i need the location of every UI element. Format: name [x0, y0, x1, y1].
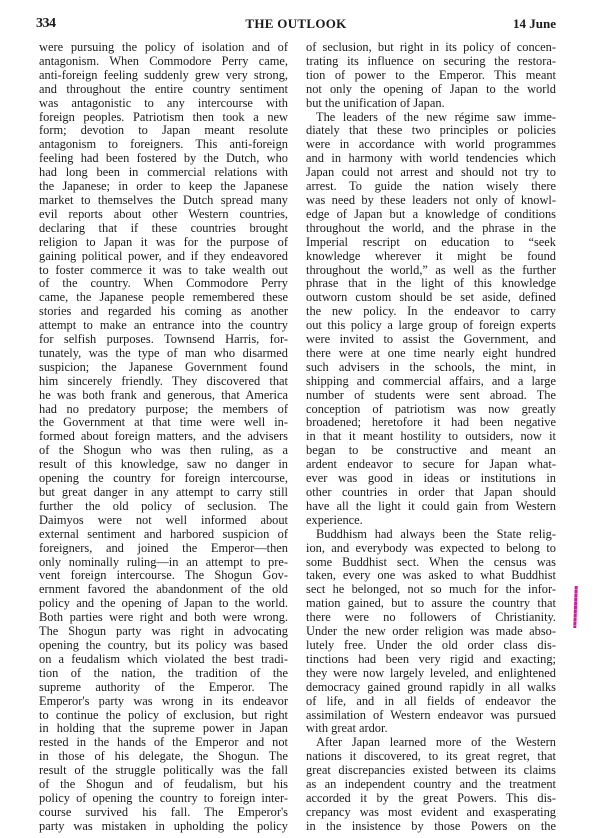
text-line: of the country. When Commodore Perry: [39, 277, 288, 291]
text-line: ernment favored the abandonment of the o…: [39, 583, 288, 597]
text-line: there were no followers of Christianity.: [306, 611, 556, 625]
text-line: lutely free. Under the old order class d…: [306, 639, 556, 653]
text-line: vent foreign intercourse. The Shogun Gov…: [39, 569, 288, 583]
text-line: further the old policy of seclusion. The: [39, 500, 288, 514]
text-line: other countries in order that Japan shou…: [306, 486, 556, 500]
text-line: foreigners, and joined the Emperor—then: [39, 542, 288, 556]
text-line: policy of opening the country to foreign…: [39, 792, 288, 806]
text-line: arrest. To guide the nation wisely there: [306, 180, 556, 194]
text-line: there were at one time nearly eight hund…: [306, 347, 556, 361]
text-line: they were now largely leveled, and enlig…: [306, 667, 556, 681]
text-line: for selfish purposes. Townsend Harris, f…: [39, 333, 288, 347]
text-line: knowledge wherever it might be found: [306, 250, 556, 264]
text-line: and in harmony with world tendencies whi…: [306, 152, 556, 166]
text-line: rested in the hands of the Emperor and n…: [39, 736, 288, 750]
text-line: tion of the nation, the tradition of the: [39, 667, 288, 681]
text-line: declaring that if these countries brough…: [39, 222, 288, 236]
text-line: ardent endeavor to secure for Japan what…: [306, 458, 556, 472]
text-line: anti-foreign feeling suddenly grew very …: [39, 69, 288, 83]
text-line: assimilation of Western endeavor was pur…: [306, 709, 556, 723]
text-line: broadened; heretofore it had been negati…: [306, 416, 556, 430]
text-line: result of the struggle politically was t…: [39, 764, 288, 778]
text-line: course survived his fall. The Emperor's: [39, 806, 288, 820]
issue-date: 14 June: [513, 16, 556, 32]
text-line: market to themselves the Dutch spread ma…: [39, 194, 288, 208]
text-line: mation gained, but to assure the country…: [306, 597, 556, 611]
text-line: Imperial rescript on education to “seek: [306, 236, 556, 250]
text-line: as an independent country and the treatm…: [306, 778, 556, 792]
text-line: out this policy a large group of foreign…: [306, 319, 556, 333]
text-line: in those of his delegate, the Shogun. Th…: [39, 750, 288, 764]
text-line: shipping and commercial affairs, and a l…: [306, 375, 556, 389]
text-line: form; devotion to Japan meant resolute: [39, 124, 288, 138]
text-line: he was both frank and generous, that Ame…: [39, 389, 288, 403]
text-line: throughout the world, and the phrase in …: [306, 222, 556, 236]
text-line: After Japan learned more of the Western: [306, 736, 556, 750]
text-line: in that it meant hostility to outsiders,…: [306, 430, 556, 444]
text-line: tunately, was the type of man who disarm…: [39, 347, 288, 361]
text-line: supreme authority of the Emperor. The: [39, 681, 288, 695]
text-line: Buddhism had always been the State relig…: [306, 528, 556, 542]
text-line: only nominally ruling—in an attempt to p…: [39, 556, 288, 570]
text-line: were invited to assist the Government, a…: [306, 333, 556, 347]
text-line: had long been in commercial relations wi…: [39, 166, 288, 180]
text-line: ion, and everybody was expected to belon…: [306, 542, 556, 556]
text-line: antagonism to foreigners. This anti-fore…: [39, 138, 288, 152]
text-line: to foster commerce it was to take wealth…: [39, 264, 288, 278]
text-line: such advisers in the schools, the mint, …: [306, 361, 556, 375]
text-line: tinctions had been very rigid and exacti…: [306, 653, 556, 667]
text-line: phrase that in the light of this knowled…: [306, 277, 556, 291]
text-line: were in accordance with world programmes: [306, 138, 556, 152]
text-line: of seclusion, but right in its policy of…: [306, 41, 556, 55]
text-line: democracy gained ground rapidly in all w…: [306, 681, 556, 695]
text-line: accorded it by the great Powers. This di…: [306, 792, 556, 806]
text-line: some Buddhist sect. When the census was: [306, 556, 556, 570]
left-column: were pursuing the policy of isolation an…: [39, 41, 288, 834]
text-line: was antagonistic to any intercourse with: [39, 97, 288, 111]
publication-title: THE OUTLOOK: [36, 16, 556, 32]
text-line: formed about foreign matters, and the ad…: [39, 430, 288, 444]
text-line: came, the Japanese people remembered the…: [39, 291, 288, 305]
text-line: of life, and in all fields of endeavor t…: [306, 695, 556, 709]
text-line: to continue the policy of exclusion, but…: [39, 709, 288, 723]
text-line: of the Shogun who was then ruling, as a: [39, 444, 288, 458]
text-line: number of students were sent abroad. The: [306, 389, 556, 403]
text-line: The leaders of the new régime saw imme-: [306, 111, 556, 125]
text-line: Under the new order religion was made ab…: [306, 625, 556, 639]
text-line: in the insistence by those Powers on the: [306, 820, 556, 834]
text-line: had no predatory purpose; the members of: [39, 403, 288, 417]
text-line: result of this knowledge, saw no danger …: [39, 458, 288, 472]
text-line: great discrepancies existed between its …: [306, 764, 556, 778]
text-line: suspicion; the Japanese Government found: [39, 361, 288, 375]
text-line: the Government at that time were well in…: [39, 416, 288, 430]
text-line: foreign peoples. Patriotism then took a …: [39, 111, 288, 125]
text-line: The Shogun party was right in advocating: [39, 625, 288, 639]
text-line: policy and the opening of Japan to the w…: [39, 597, 288, 611]
text-line: outworn custom should be set aside, defi…: [306, 291, 556, 305]
text-line: stories and regarded his coming as anoth…: [39, 305, 288, 319]
text-line: Japan could not arrest and should not tr…: [306, 166, 556, 180]
text-line: were pursuing the policy of isolation an…: [39, 41, 288, 55]
text-line: ever was good in ideas or institutions i…: [306, 472, 556, 486]
text-line: have all the light it could gain from We…: [306, 500, 556, 514]
text-line: nations it discovered, to its great regr…: [306, 750, 556, 764]
text-line: not only the opening of Japan to the wor…: [306, 83, 556, 97]
text-line: Both parties were right and both were wr…: [39, 611, 288, 625]
text-line: crepancy was most evident and exasperati…: [306, 806, 556, 820]
text-line: gaining political power, and if they end…: [39, 250, 288, 264]
text-line: but the unification of Japan.: [306, 97, 556, 111]
text-line: opening the country, but its policy was …: [39, 639, 288, 653]
text-line: Emperor's party was wrong in its endeavo…: [39, 695, 288, 709]
text-line: religion to Japan it was for the purpose…: [39, 236, 288, 250]
text-line: and throughout the entire country sentim…: [39, 83, 288, 97]
text-line: was need by these leaders not only of kn…: [306, 194, 556, 208]
margin-pen-mark: [573, 586, 577, 628]
text-line: experience.: [306, 514, 556, 528]
text-line: on a feudalism which violated the best t…: [39, 653, 288, 667]
text-line: Daimyos were not well informed about: [39, 514, 288, 528]
text-line: tion of power to the Emperor. This meant: [306, 69, 556, 83]
text-line: but great danger in any attempt to carry…: [39, 486, 288, 500]
text-line: sect he belonged, not so much for the in…: [306, 583, 556, 597]
text-line: in holding that the supreme power in Jap…: [39, 722, 288, 736]
text-line: edge of Japan but a knowledge of conditi…: [306, 208, 556, 222]
text-line: trating its influence on securing the re…: [306, 55, 556, 69]
text-line: attempt to make an entrance into the cou…: [39, 319, 288, 333]
text-line: throughout the world,” as well as the fu…: [306, 264, 556, 278]
text-line: conception of patriotism was now greatly: [306, 403, 556, 417]
text-line: evil reports about other Western countri…: [39, 208, 288, 222]
text-line: party was mistaken in upholding the poli…: [39, 820, 288, 834]
text-line: antagonism. When Commodore Perry came,: [39, 55, 288, 69]
right-column: of seclusion, but right in its policy of…: [306, 41, 556, 834]
text-line: taken, every one was asked to what Buddh…: [306, 569, 556, 583]
text-line: the Japanese; in order to keep the Japan…: [39, 180, 288, 194]
running-header: 334 THE OUTLOOK 14 June: [36, 16, 556, 34]
text-line: him sincerely friendly. They discovered …: [39, 375, 288, 389]
text-line: opening the country for foreign intercou…: [39, 472, 288, 486]
text-line: feeling had been fostered by the Dutch, …: [39, 152, 288, 166]
text-line: external sentiment and harbored suspicio…: [39, 528, 288, 542]
text-line: began to be constructive and meant an: [306, 444, 556, 458]
text-line: the new policy. In the endeavor to carry: [306, 305, 556, 319]
text-line: with great ardor.: [306, 722, 556, 736]
text-line: of the Shogun and of feudalism, but his: [39, 778, 288, 792]
text-line: diately that these two principles or pol…: [306, 124, 556, 138]
